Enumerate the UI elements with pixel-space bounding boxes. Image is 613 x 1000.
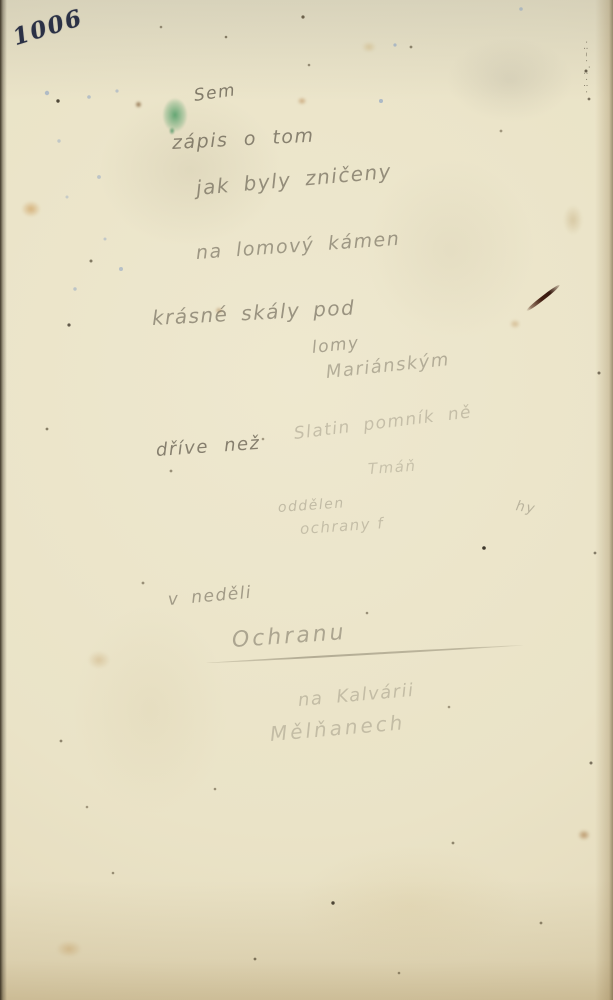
handwriting-line: dříve než	[155, 433, 261, 461]
paper-mottle	[250, 820, 570, 990]
handwriting-line-faint: Mělňanech	[269, 710, 406, 746]
blue-ink-specks	[0, 0, 2, 2]
foxing-stain	[18, 198, 44, 220]
paper-speckles	[0, 0, 2, 2]
handwriting-line-faint: ochrany f	[299, 514, 384, 538]
foxing-stain	[52, 938, 86, 960]
handwriting-line-faint: Tmáň	[367, 457, 417, 478]
foxing-stain	[84, 648, 114, 672]
handwriting-line: na lomový kámen	[195, 228, 401, 264]
foxing-stain	[296, 96, 308, 106]
handwriting-line: krásné skály pod	[151, 295, 355, 330]
handwriting-line: lomy	[311, 333, 361, 358]
page-number: 1006	[10, 4, 87, 51]
handwriting-line: zápis o tom	[171, 125, 315, 154]
edge-ghost-marks: ·:~·¨:·:·	[578, 40, 590, 120]
paper-mottle	[420, 20, 600, 140]
paper-mottle	[40, 560, 260, 860]
handwriting-line: Sem	[193, 80, 238, 106]
handwriting-line: jak byly zničeny	[195, 159, 393, 200]
handwriting-line: v neděli	[167, 583, 253, 610]
scanned-document-page: 1006 Sem zápis o tom jak byly zničeny na…	[0, 0, 613, 1000]
foxing-stain	[560, 200, 586, 240]
handwriting-line-faint: Slatin pomník ně	[293, 402, 473, 444]
handwriting-line-faint: na Kalvárii	[297, 680, 415, 711]
foxing-stain	[360, 40, 378, 54]
foxing-stain	[576, 828, 592, 842]
handwriting-scribble: hy	[515, 498, 538, 517]
handwriting-line: Ochranu	[231, 620, 347, 653]
foxing-stain	[508, 318, 522, 330]
brown-pen-stroke	[525, 283, 561, 312]
handwriting-line-faint: oddělen	[277, 495, 345, 516]
foxing-stain	[134, 100, 143, 109]
